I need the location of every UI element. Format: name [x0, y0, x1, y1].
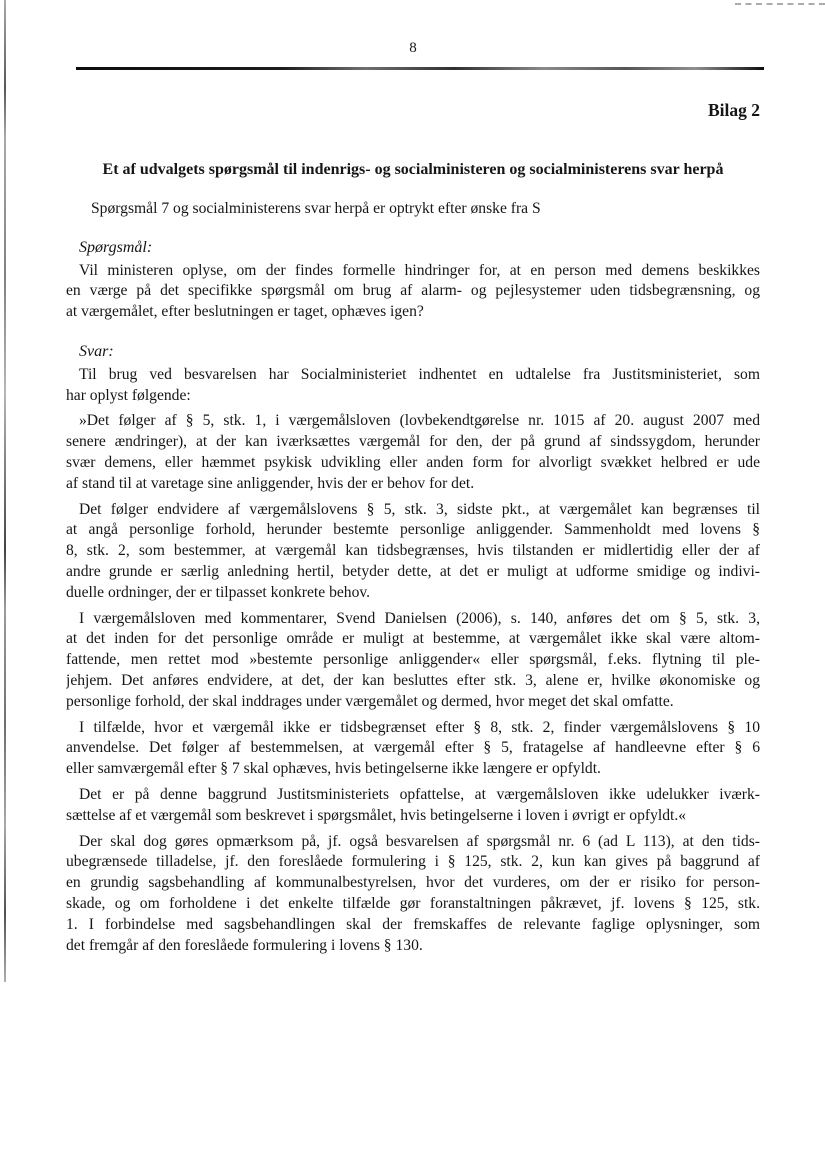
paragraph-line: I tilfælde, hvor et værgemål ikke er tid… — [66, 718, 760, 739]
paragraph-line: duelle ordninger, der er tilpasset konkr… — [66, 583, 760, 604]
section: Spørgsmål:Vil ministeren oplyse, om der … — [66, 237, 760, 323]
paragraph-line: har oplyst følgende: — [66, 386, 760, 407]
intro-note: Spørgsmål 7 og socialministerens svar he… — [66, 199, 760, 219]
section: Svar:Til brug ved besvarelsen har Social… — [66, 341, 760, 957]
paragraph-line: 1. I forbindelse med sagsbehandlingen sk… — [66, 915, 760, 936]
paragraph: Til brug ved besvarelsen har Socialminis… — [66, 365, 760, 407]
paragraph: I værgemålsloven med kommentarer, Svend … — [66, 609, 760, 713]
paragraph-line: jehjem. Det anføres endvidere, at det, d… — [66, 671, 760, 692]
paragraph-line: fattende, men rettet mod »bestemte perso… — [66, 650, 760, 671]
paragraph-line: I værgemålsloven med kommentarer, Svend … — [66, 609, 760, 630]
paragraph-line: andre grunde er særlig anledning hertil,… — [66, 562, 760, 583]
paragraph-line: 8, stk. 2, som bestemmer, at værgemål ka… — [66, 541, 760, 562]
paragraph-line: af stand til at varetage sine anliggende… — [66, 474, 760, 495]
paragraph-line: skade, og om forholdene i det enkelte ti… — [66, 894, 760, 915]
paragraph-line: senere ændringer), at der kan iværksætte… — [66, 432, 760, 453]
paragraph-line: Det følger endvidere af værgemålslovens … — [66, 500, 760, 521]
paragraph: »Det følger af § 5, stk. 1, i værgemålsl… — [66, 411, 760, 494]
document-page: 8 Bilag 2 Et af udvalgets spørgsmål til … — [0, 0, 825, 1168]
paragraph: Vil ministeren oplyse, om der findes for… — [66, 261, 760, 323]
paragraph-line: det fremgår af den foreslåede formulerin… — [66, 936, 760, 957]
paragraph-line: at værgemålet, efter beslutningen er tag… — [66, 302, 760, 323]
paragraph-line: en grundig sagsbehandling af kommunalbes… — [66, 873, 760, 894]
paragraph-line: Det er på denne baggrund Justitsminister… — [66, 785, 760, 806]
paragraph-line: »Det følger af § 5, stk. 1, i værgemålsl… — [66, 411, 760, 432]
paragraph-line: ubegrænsede tilladelse, jf. den foreslåe… — [66, 852, 760, 873]
section-label: Spørgsmål: — [66, 237, 760, 258]
paragraph-line: sættelse af et værgemål som beskrevet i … — [66, 806, 760, 827]
paragraph: Det følger endvidere af værgemålslovens … — [66, 500, 760, 604]
paragraph-line: at det inden for det personlige område e… — [66, 629, 760, 650]
scan-artifact-left-line — [4, 0, 6, 982]
annex-label: Bilag 2 — [66, 100, 760, 121]
sections-container: Spørgsmål:Vil ministeren oplyse, om der … — [66, 237, 760, 957]
page-number: 8 — [66, 0, 760, 58]
paragraph: Det er på denne baggrund Justitsminister… — [66, 785, 760, 827]
paragraph-line: svær demens, eller hæmmet psykisk udvikl… — [66, 453, 760, 474]
header-rule — [76, 67, 764, 70]
paragraph-line: Vil ministeren oplyse, om der findes for… — [66, 261, 760, 282]
paragraph-line: anvendelse. Det følger af bestemmelsen, … — [66, 738, 760, 759]
paragraph: Der skal dog gøres opmærksom på, jf. ogs… — [66, 832, 760, 957]
paragraph-line: Til brug ved besvarelsen har Socialminis… — [66, 365, 760, 386]
section-label: Svar: — [66, 341, 760, 362]
page-content: 8 Bilag 2 Et af udvalgets spørgsmål til … — [66, 0, 760, 961]
paragraph-line: Der skal dog gøres opmærksom på, jf. ogs… — [66, 832, 760, 853]
paragraph-line: personlige forhold, der skal inddrages u… — [66, 692, 760, 713]
paragraph-line: en værge på det specifikke spørgsmål om … — [66, 281, 760, 302]
document-title: Et af udvalgets spørgsmål til indenrigs-… — [66, 160, 760, 180]
paragraph-line: at angå personlige forhold, herunder bes… — [66, 520, 760, 541]
paragraph: I tilfælde, hvor et værgemål ikke er tid… — [66, 718, 760, 780]
paragraph-line: eller samværgemål efter § 7 skal ophæves… — [66, 759, 760, 780]
